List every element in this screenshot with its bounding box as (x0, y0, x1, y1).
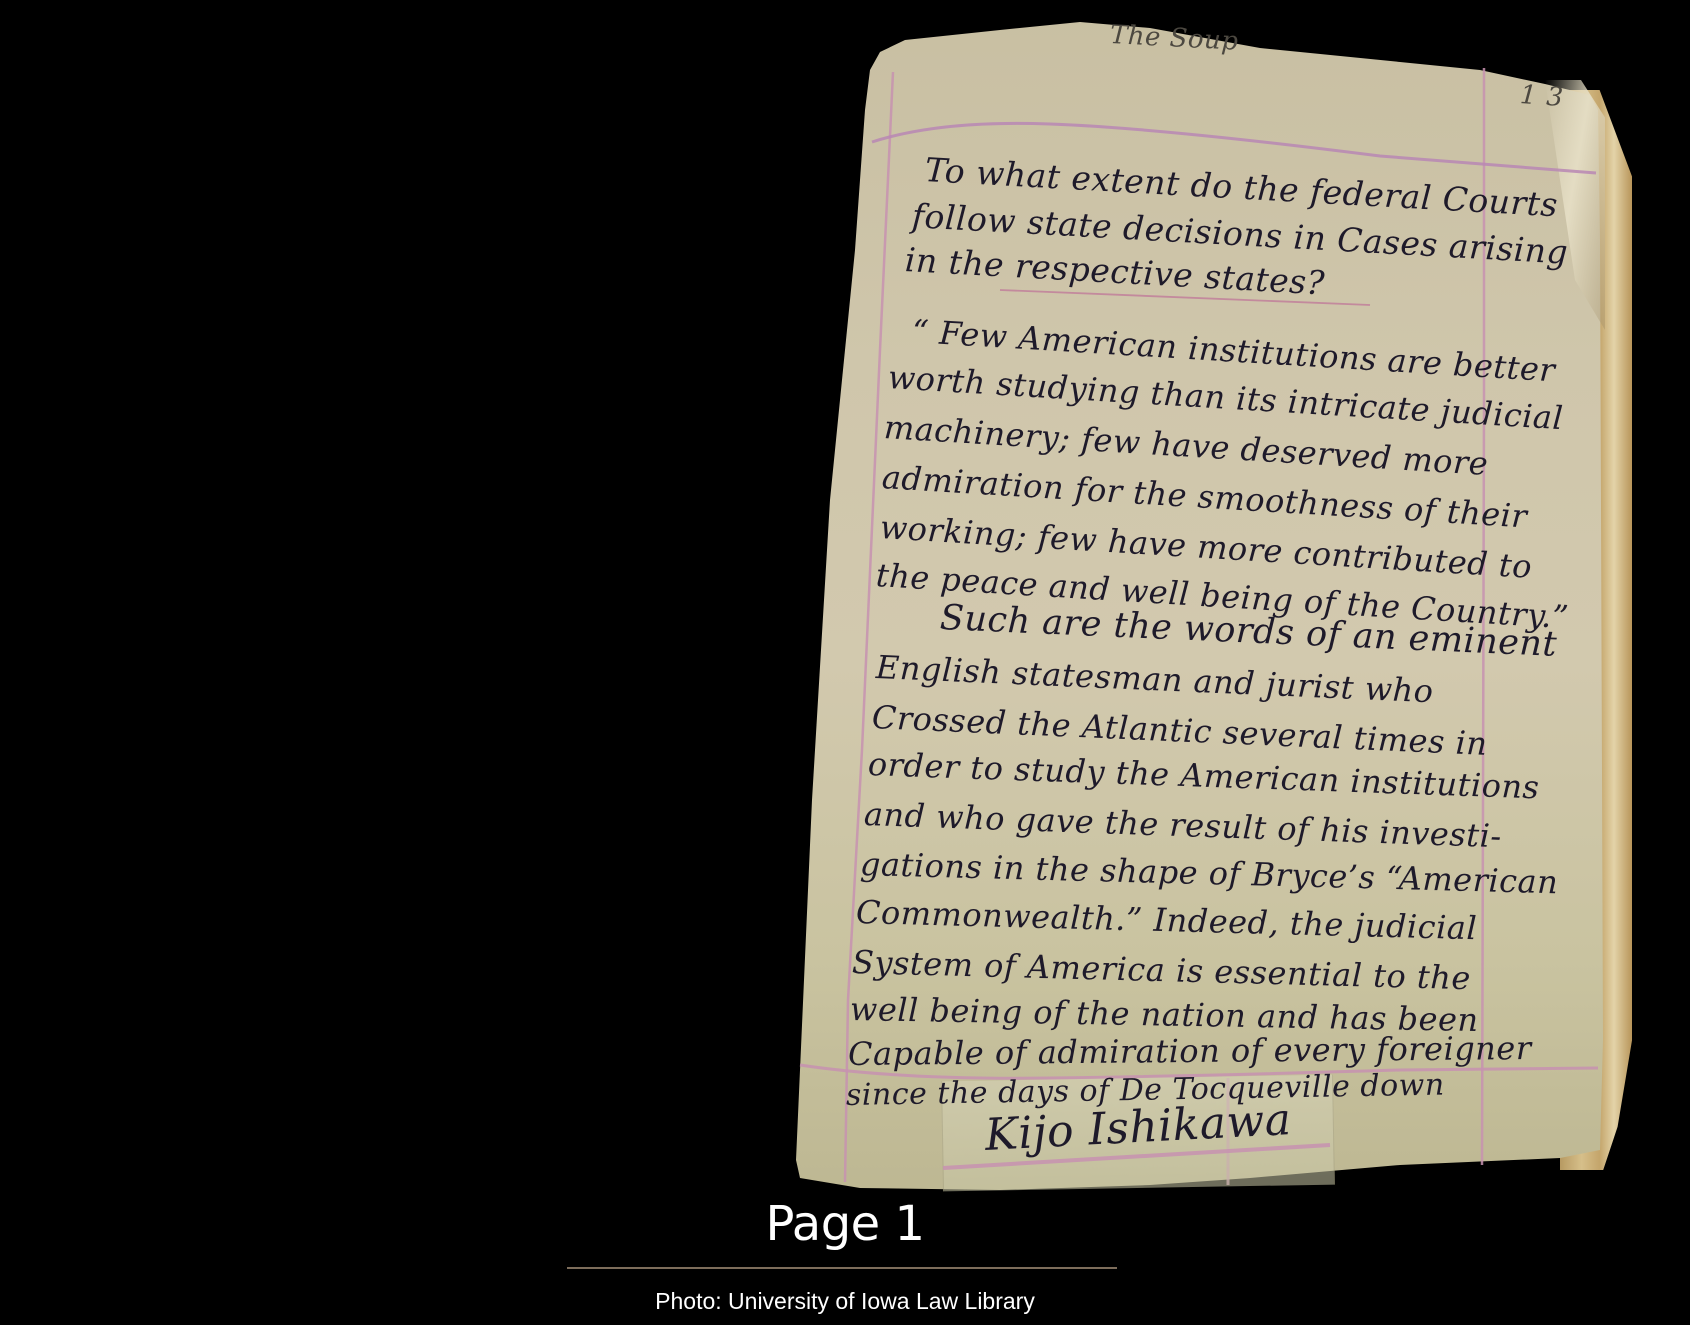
essay-body-line: Capable of admiration of every foreigner (848, 1029, 1532, 1073)
photo-credit: Photo: University of Iowa Law Library (0, 1288, 1690, 1315)
page-number-mark: 13 (1519, 80, 1574, 114)
caption-divider (567, 1267, 1117, 1269)
ledger-page-photo: The Soup 13 To what extent do the federa… (0, 0, 1690, 1200)
page-caption-title: Page 1 (0, 1196, 1690, 1252)
